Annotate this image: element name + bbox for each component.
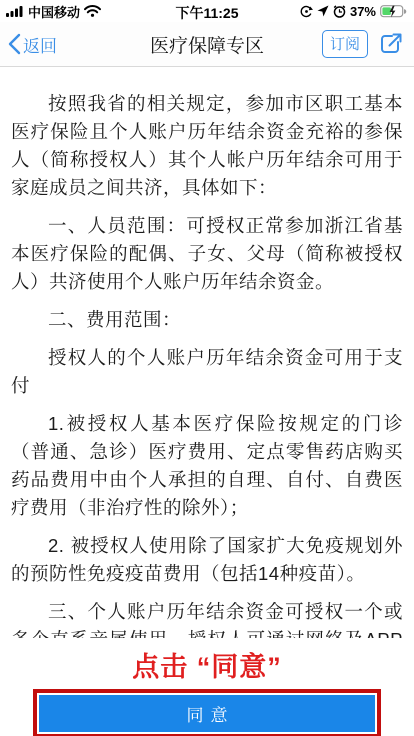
nav-actions: 订阅 bbox=[322, 30, 404, 58]
nav-bar: 返回 医疗保障专区 订阅 bbox=[0, 22, 414, 67]
policy-paragraph: 2. 被授权人使用除了国家扩大免疫规划外的预防性免疫疫苗费用（包括14种疫苗）。 bbox=[11, 532, 403, 588]
share-button[interactable] bbox=[378, 31, 404, 57]
back-button[interactable]: 返回 bbox=[8, 32, 57, 57]
signal-bars-icon bbox=[6, 6, 24, 17]
policy-paragraph: 按照我省的相关规定，参加市区职工基本医疗保险且个人账户历年结余资金充裕的参保人（… bbox=[11, 90, 403, 202]
back-chevron-icon bbox=[8, 33, 21, 55]
annotation-highlight-box: 同意 bbox=[33, 689, 381, 736]
back-label: 返回 bbox=[23, 32, 57, 57]
rotation-lock-icon bbox=[300, 5, 313, 18]
alarm-clock-icon bbox=[333, 5, 346, 18]
policy-paragraph: 1.被授权人基本医疗保险按规定的门诊（普通、急诊）医疗费用、定点零售药店购买药品… bbox=[11, 410, 403, 522]
policy-paragraph: 二、费用范围： bbox=[11, 306, 403, 334]
status-bar: 中国移动 下午11:25 bbox=[0, 0, 414, 22]
status-bar-left: 中国移动 bbox=[6, 2, 101, 21]
click-agree-annotation: 点击 “同意” bbox=[0, 645, 414, 684]
agree-button[interactable]: 同意 bbox=[39, 695, 375, 732]
wifi-icon bbox=[84, 5, 101, 17]
location-arrow-icon bbox=[317, 5, 329, 17]
share-icon bbox=[378, 45, 404, 60]
policy-paragraph: 授权人的个人账户历年结余资金可用于支付 bbox=[11, 344, 403, 400]
bottom-action-area: 点击 “同意” 同意 bbox=[0, 638, 414, 736]
carrier-label: 中国移动 bbox=[28, 2, 80, 21]
subscribe-button[interactable]: 订阅 bbox=[322, 30, 368, 58]
phone-screen: 中国移动 下午11:25 bbox=[0, 0, 414, 736]
policy-text: 按照我省的相关规定，参加市区职工基本医疗保险且个人账户历年结余资金充裕的参保人（… bbox=[0, 67, 414, 710]
battery-percent: 37% bbox=[350, 4, 376, 19]
policy-paragraph: 一、人员范围：可授权正常参加浙江省基本医疗保险的配偶、子女、父母（简称被授权人）… bbox=[11, 212, 403, 296]
battery-charging-icon bbox=[380, 5, 407, 18]
status-bar-right: 37% bbox=[300, 4, 407, 19]
